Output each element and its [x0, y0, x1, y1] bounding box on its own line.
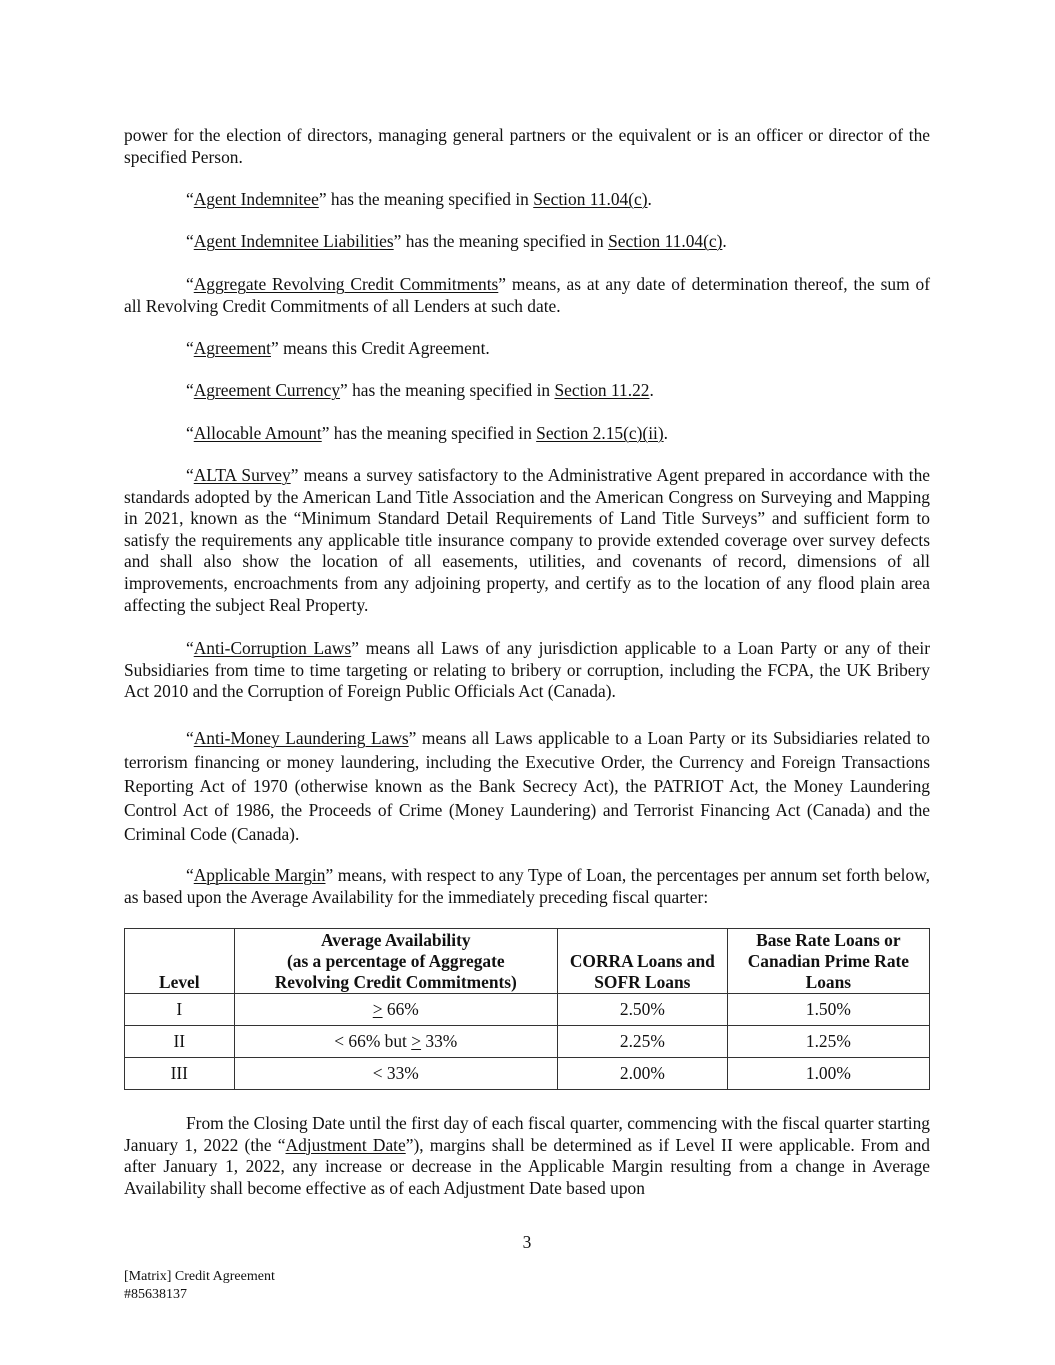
- header-level: Level: [125, 929, 235, 994]
- definition-agreement-currency: “Agreement Currency” has the meaning spe…: [124, 380, 930, 402]
- table-row: II < 66% but > 33% 2.25% 1.25%: [125, 1026, 930, 1058]
- defined-term: ALTA Survey: [194, 465, 291, 485]
- table-header-row: Level Average Availability (as a percent…: [125, 929, 930, 994]
- definition-alta-survey: “ALTA Survey” means a survey satisfactor…: [124, 465, 930, 616]
- defined-term: Applicable Margin: [194, 865, 326, 885]
- applicable-margin-table: Level Average Availability (as a percent…: [124, 928, 930, 1090]
- defined-term: Anti-Corruption Laws: [194, 638, 351, 658]
- definition-applicable-margin: “Applicable Margin” means, with respect …: [124, 865, 930, 908]
- cell-corra-sofr: 2.00%: [557, 1058, 727, 1090]
- defined-term: Agreement Currency: [194, 380, 340, 400]
- header-corra-sofr: CORRA Loans and SOFR Loans: [557, 929, 727, 994]
- cell-availability: < 66% but > 33%: [234, 1026, 557, 1058]
- header-average-availability: Average Availability (as a percentage of…: [234, 929, 557, 994]
- cell-base-prime: 1.00%: [727, 1058, 929, 1090]
- page-number: 3: [124, 1232, 930, 1254]
- definition-allocable-amount: “Allocable Amount” has the meaning speci…: [124, 423, 930, 445]
- section-reference[interactable]: Section 11.04(c): [608, 231, 722, 251]
- cell-availability: > 66%: [234, 994, 557, 1026]
- cell-level: II: [125, 1026, 235, 1058]
- defined-term: Aggregate Revolving Credit Commitments: [194, 274, 499, 294]
- section-reference[interactable]: Section 11.22: [554, 380, 649, 400]
- cell-level: I: [125, 994, 235, 1026]
- definition-agent-indemnitee-liabilities: “Agent Indemnitee Liabilities” has the m…: [124, 231, 930, 253]
- definition-agreement: “Agreement” means this Credit Agreement.: [124, 338, 930, 360]
- closing-paragraph: From the Closing Date until the first da…: [124, 1113, 930, 1199]
- cell-corra-sofr: 2.50%: [557, 994, 727, 1026]
- table-row: III < 33% 2.00% 1.00%: [125, 1058, 930, 1090]
- defined-term: Agent Indemnitee Liabilities: [194, 231, 394, 251]
- definition-anti-money-laundering-laws: “Anti-Money Laundering Laws” means all L…: [124, 726, 930, 846]
- defined-term: Anti-Money Laundering Laws: [194, 728, 409, 748]
- footer-title: [Matrix] Credit Agreement: [124, 1268, 275, 1286]
- section-reference[interactable]: Section 2.15(c)(ii): [536, 423, 664, 443]
- definition-aggregate-revolving-credit-commitments: “Aggregate Revolving Credit Commitments”…: [124, 274, 930, 317]
- header-base-prime: Base Rate Loans or Canadian Prime Rate L…: [727, 929, 929, 994]
- cell-level: III: [125, 1058, 235, 1090]
- document-footer: [Matrix] Credit Agreement #85638137: [124, 1268, 275, 1304]
- footer-doc-id: #85638137: [124, 1286, 275, 1304]
- cell-corra-sofr: 2.25%: [557, 1026, 727, 1058]
- definition-anti-corruption-laws: “Anti-Corruption Laws” means all Laws of…: [124, 638, 930, 703]
- defined-term: Adjustment Date: [286, 1135, 406, 1155]
- cell-base-prime: 1.25%: [727, 1026, 929, 1058]
- defined-term: Allocable Amount: [194, 423, 322, 443]
- cell-availability: < 33%: [234, 1058, 557, 1090]
- section-reference[interactable]: Section 11.04(c): [533, 189, 647, 209]
- table-row: I > 66% 2.50% 1.50%: [125, 994, 930, 1026]
- defined-term: Agreement: [194, 338, 271, 358]
- definition-agent-indemnitee: “Agent Indemnitee” has the meaning speci…: [124, 189, 930, 211]
- defined-term: Agent Indemnitee: [194, 189, 319, 209]
- continuation-paragraph: power for the election of directors, man…: [124, 125, 930, 168]
- cell-base-prime: 1.50%: [727, 994, 929, 1026]
